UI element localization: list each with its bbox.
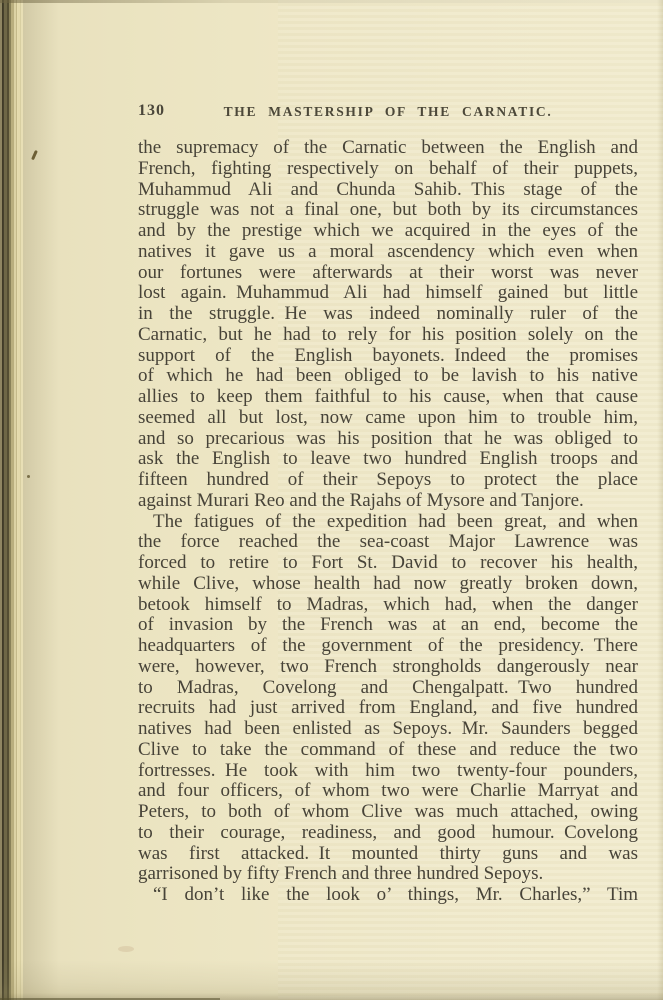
- text-line: the force reached the sea-coast Major La…: [138, 532, 638, 553]
- text-line: to Madras, Covelong and Chengalpatt. Two…: [138, 678, 638, 699]
- text-line: Muhammud Ali and Chunda Sahib. This stag…: [138, 180, 638, 201]
- text-line: fifteen hundred of their Sepoys to prote…: [138, 470, 638, 491]
- text-line: recruits had just arrived from England, …: [138, 698, 638, 719]
- page-bottom-edge: [0, 960, 663, 1000]
- text-line: Peters, to both of whom Clive was much a…: [138, 802, 638, 823]
- page-number: 130: [138, 102, 165, 120]
- text-line: the supremacy of the Carnatic between th…: [138, 138, 638, 159]
- text-line: while Clive, whose health had now greatl…: [138, 574, 638, 595]
- text-line: support of the English bayonets. Indeed …: [138, 346, 638, 367]
- text-line: garrisoned by fifty French and three hun…: [138, 864, 638, 885]
- running-title: THE MASTERSHIP OF THE CARNATIC.: [138, 101, 638, 120]
- text-line: lost again. Muhammud Ali had himself gai…: [138, 283, 638, 304]
- text-line: seemed all but lost, now came upon him t…: [138, 408, 638, 429]
- text-line: was first attacked. It mounted thirty gu…: [138, 844, 638, 865]
- text-line: headquarters of the government of the pr…: [138, 636, 638, 657]
- page-header: 130 THE MASTERSHIP OF THE CARNATIC.: [138, 101, 638, 125]
- text-line: natives it gave us a moral ascendency wh…: [138, 242, 638, 263]
- text-line: betook himself to Madras, which had, whe…: [138, 595, 638, 616]
- text-line: in the struggle. He was indeed nominally…: [138, 304, 638, 325]
- scan-scratch-mark: [31, 150, 37, 160]
- text-line: “I don’t like the look o’ things, Mr. Ch…: [138, 885, 638, 906]
- text-line: to their courage, readiness, and good hu…: [138, 823, 638, 844]
- text-line: of which he had been obliged to be lavis…: [138, 366, 638, 387]
- gutter-shadow: [23, 0, 59, 1000]
- page-right-edge: [657, 0, 663, 1000]
- book-page-scan: 130 THE MASTERSHIP OF THE CARNATIC. the …: [0, 0, 663, 1000]
- text-line: were, however, two French strongholds da…: [138, 657, 638, 678]
- page-top-edge: [0, 0, 663, 3]
- text-line: French, fighting respectively on behalf …: [138, 159, 638, 180]
- book-binding-edge: [0, 0, 23, 1000]
- text-line: fortresses. He took with him two twenty-…: [138, 761, 638, 782]
- text-line: The fatigues of the expedition had been …: [138, 512, 638, 533]
- text-line: Clive to take the command of these and r…: [138, 740, 638, 761]
- text-line: natives had been enlisted as Sepoys. Mr.…: [138, 719, 638, 740]
- text-lines: the supremacy of the Carnatic between th…: [138, 138, 638, 906]
- text-line: and four officers, of whom two were Char…: [138, 781, 638, 802]
- text-line: against Murari Reo and the Rajahs of Mys…: [138, 491, 638, 512]
- text-line: our fortunes were afterwards at their wo…: [138, 263, 638, 284]
- text-line: ask the English to leave two hundred Eng…: [138, 449, 638, 470]
- scan-speck: [27, 475, 30, 478]
- text-line: struggle was not a final one, but both b…: [138, 200, 638, 221]
- text-line: Carnatic, but he had to rely for his pos…: [138, 325, 638, 346]
- scan-stain: [118, 946, 134, 952]
- text-line: of invasion by the French was at an end,…: [138, 615, 638, 636]
- text-line: forced to retire to Fort St. David to re…: [138, 553, 638, 574]
- text-line: and so precarious was his position that …: [138, 429, 638, 450]
- text-line: and by the prestige which we acquired in…: [138, 221, 638, 242]
- text-line: allies to keep them faithful to his caus…: [138, 387, 638, 408]
